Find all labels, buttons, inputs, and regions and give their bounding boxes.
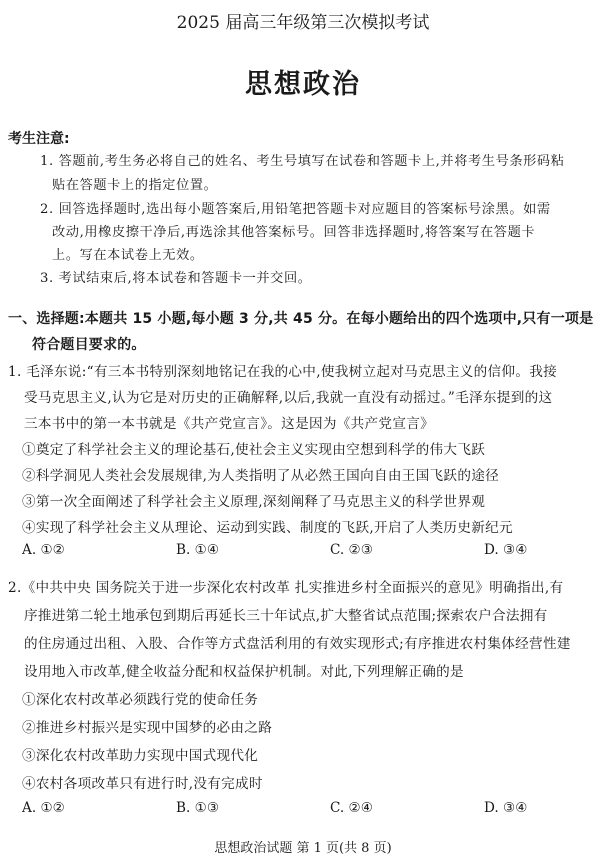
question-stem-line: 2.《中共中央 国务院关于进一步深化农村改革 扎实推进乡村全面振兴的意见》明确指…	[8, 576, 563, 596]
page-footer: 思想政治试题 第 1 页(共 8 页)	[0, 837, 606, 856]
option-b: B. ①④	[176, 542, 219, 558]
statement: ③深化农村改革助力实现中国式现代化	[22, 744, 258, 764]
question-stem-line: 三本书中的第一本书就是《共产党宣言》。这是因为《共产党宣言》	[24, 412, 434, 432]
statement: ①深化农村改革必须践行党的使命任务	[22, 688, 258, 708]
question-stem-line: 受马克思主义,认为它是对历史的正确解释,以后,我就一直没有动摇过。”毛泽东提到的…	[24, 386, 552, 406]
statement: ④实现了科学社会主义从理论、运动到实践、制度的飞跃,开启了人类历史新纪元	[22, 516, 513, 536]
notice-heading: 考生注意:	[8, 128, 70, 148]
subject-title: 思想政治	[0, 62, 606, 101]
section-heading-cont: 符合题目要求的。	[32, 334, 146, 354]
option-d: D. ③④	[484, 542, 527, 558]
notice-line: 1. 答题前,考生务必将自己的姓名、考生号填写在试卷和答题卡上,并将考生号条形码…	[40, 150, 565, 169]
question-stem-line: 设用地入市改革,健全收益分配和权益保护机制。对此,下列理解正确的是	[24, 660, 464, 680]
option-b: B. ①③	[176, 800, 219, 816]
notice-line: 上。写在本试卷上无效。	[52, 244, 204, 263]
option-d: D. ③④	[484, 800, 527, 816]
notice-line: 贴在答题卡上的指定位置。	[52, 174, 217, 193]
notice-line: 2. 回答选择题时,选出每小题答案后,用铅笔把答题卡对应题目的答案标号涂黑。如需	[40, 198, 551, 217]
notice-line: 3. 考试结束后,将本试卷和答题卡一并交回。	[40, 267, 312, 286]
statement: ④农村各项改革只有进行时,没有完成时	[22, 772, 263, 792]
option-a: A. ①②	[22, 542, 65, 558]
question-stem-line: 的住房通过出租、入股、合作等方式盘活利用的有效实现形式;有序推进农村集体经营性建	[24, 632, 571, 652]
statement: ②科学洞见人类社会发展规律,为人类指明了从必然王国向自由王国飞跃的途径	[22, 464, 499, 484]
question-stem-line: 序推进第二轮土地承包到期后再延长三十年试点,扩大整省试点范围;探索农户合法拥有	[24, 604, 548, 624]
question-stem-line: 1. 毛泽东说:“有三本书特别深刻地铭记在我的心中,使我树立起对马克思主义的信仰…	[8, 360, 557, 380]
statement: ③第一次全面阐述了科学社会主义原理,深刻阐释了马克思主义的科学世界观	[22, 490, 485, 510]
section-heading: 一、选择题:本题共 15 小题,每小题 3 分,共 45 分。在每小题给出的四个…	[8, 308, 593, 328]
statement: ②推进乡村振兴是实现中国梦的必由之路	[22, 716, 272, 736]
option-c: C. ②③	[330, 542, 373, 558]
exam-title: 2025 届高三年级第三次模拟考试	[0, 8, 606, 33]
statement: ①奠定了科学社会主义的理论基石,使社会主义实现由空想到科学的伟大飞跃	[22, 438, 485, 458]
option-a: A. ①②	[22, 800, 65, 816]
option-c: C. ②④	[330, 800, 373, 816]
notice-line: 改动,用橡皮擦干净后,再选涂其他答案标号。回答非选择题时,将答案写在答题卡	[52, 221, 535, 240]
